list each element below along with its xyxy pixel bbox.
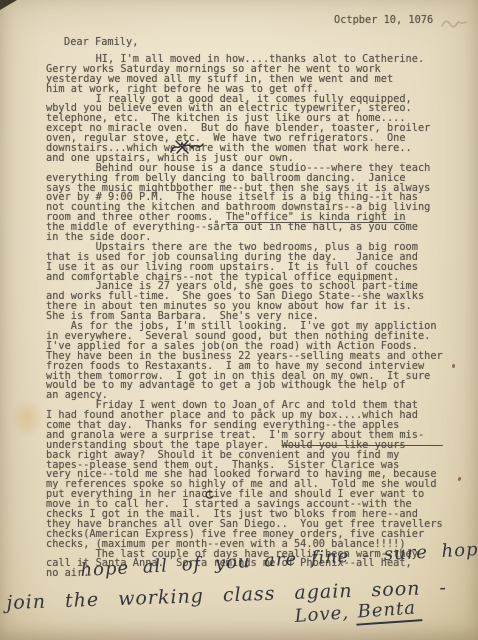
handwritten-scribble <box>168 138 206 156</box>
salutation: Dear Family, <box>64 36 138 48</box>
letter-date: Octpber 10, 1076 <box>334 14 433 26</box>
letter-body: HI, I'm all moved in how....thanks alot … <box>46 55 443 579</box>
letter-page: Octpber 10, 1076 Dear Family, HI, I'm al… <box>0 0 478 640</box>
signature-name: Benta <box>355 597 422 626</box>
paper-speck <box>452 364 455 368</box>
page-corner-shadow <box>0 0 17 10</box>
handwritten-caret <box>203 490 215 500</box>
pencil-mark <box>440 16 468 30</box>
paper-stain <box>10 398 44 438</box>
signature-love: Love, <box>294 602 350 627</box>
paper-speck <box>457 477 461 482</box>
